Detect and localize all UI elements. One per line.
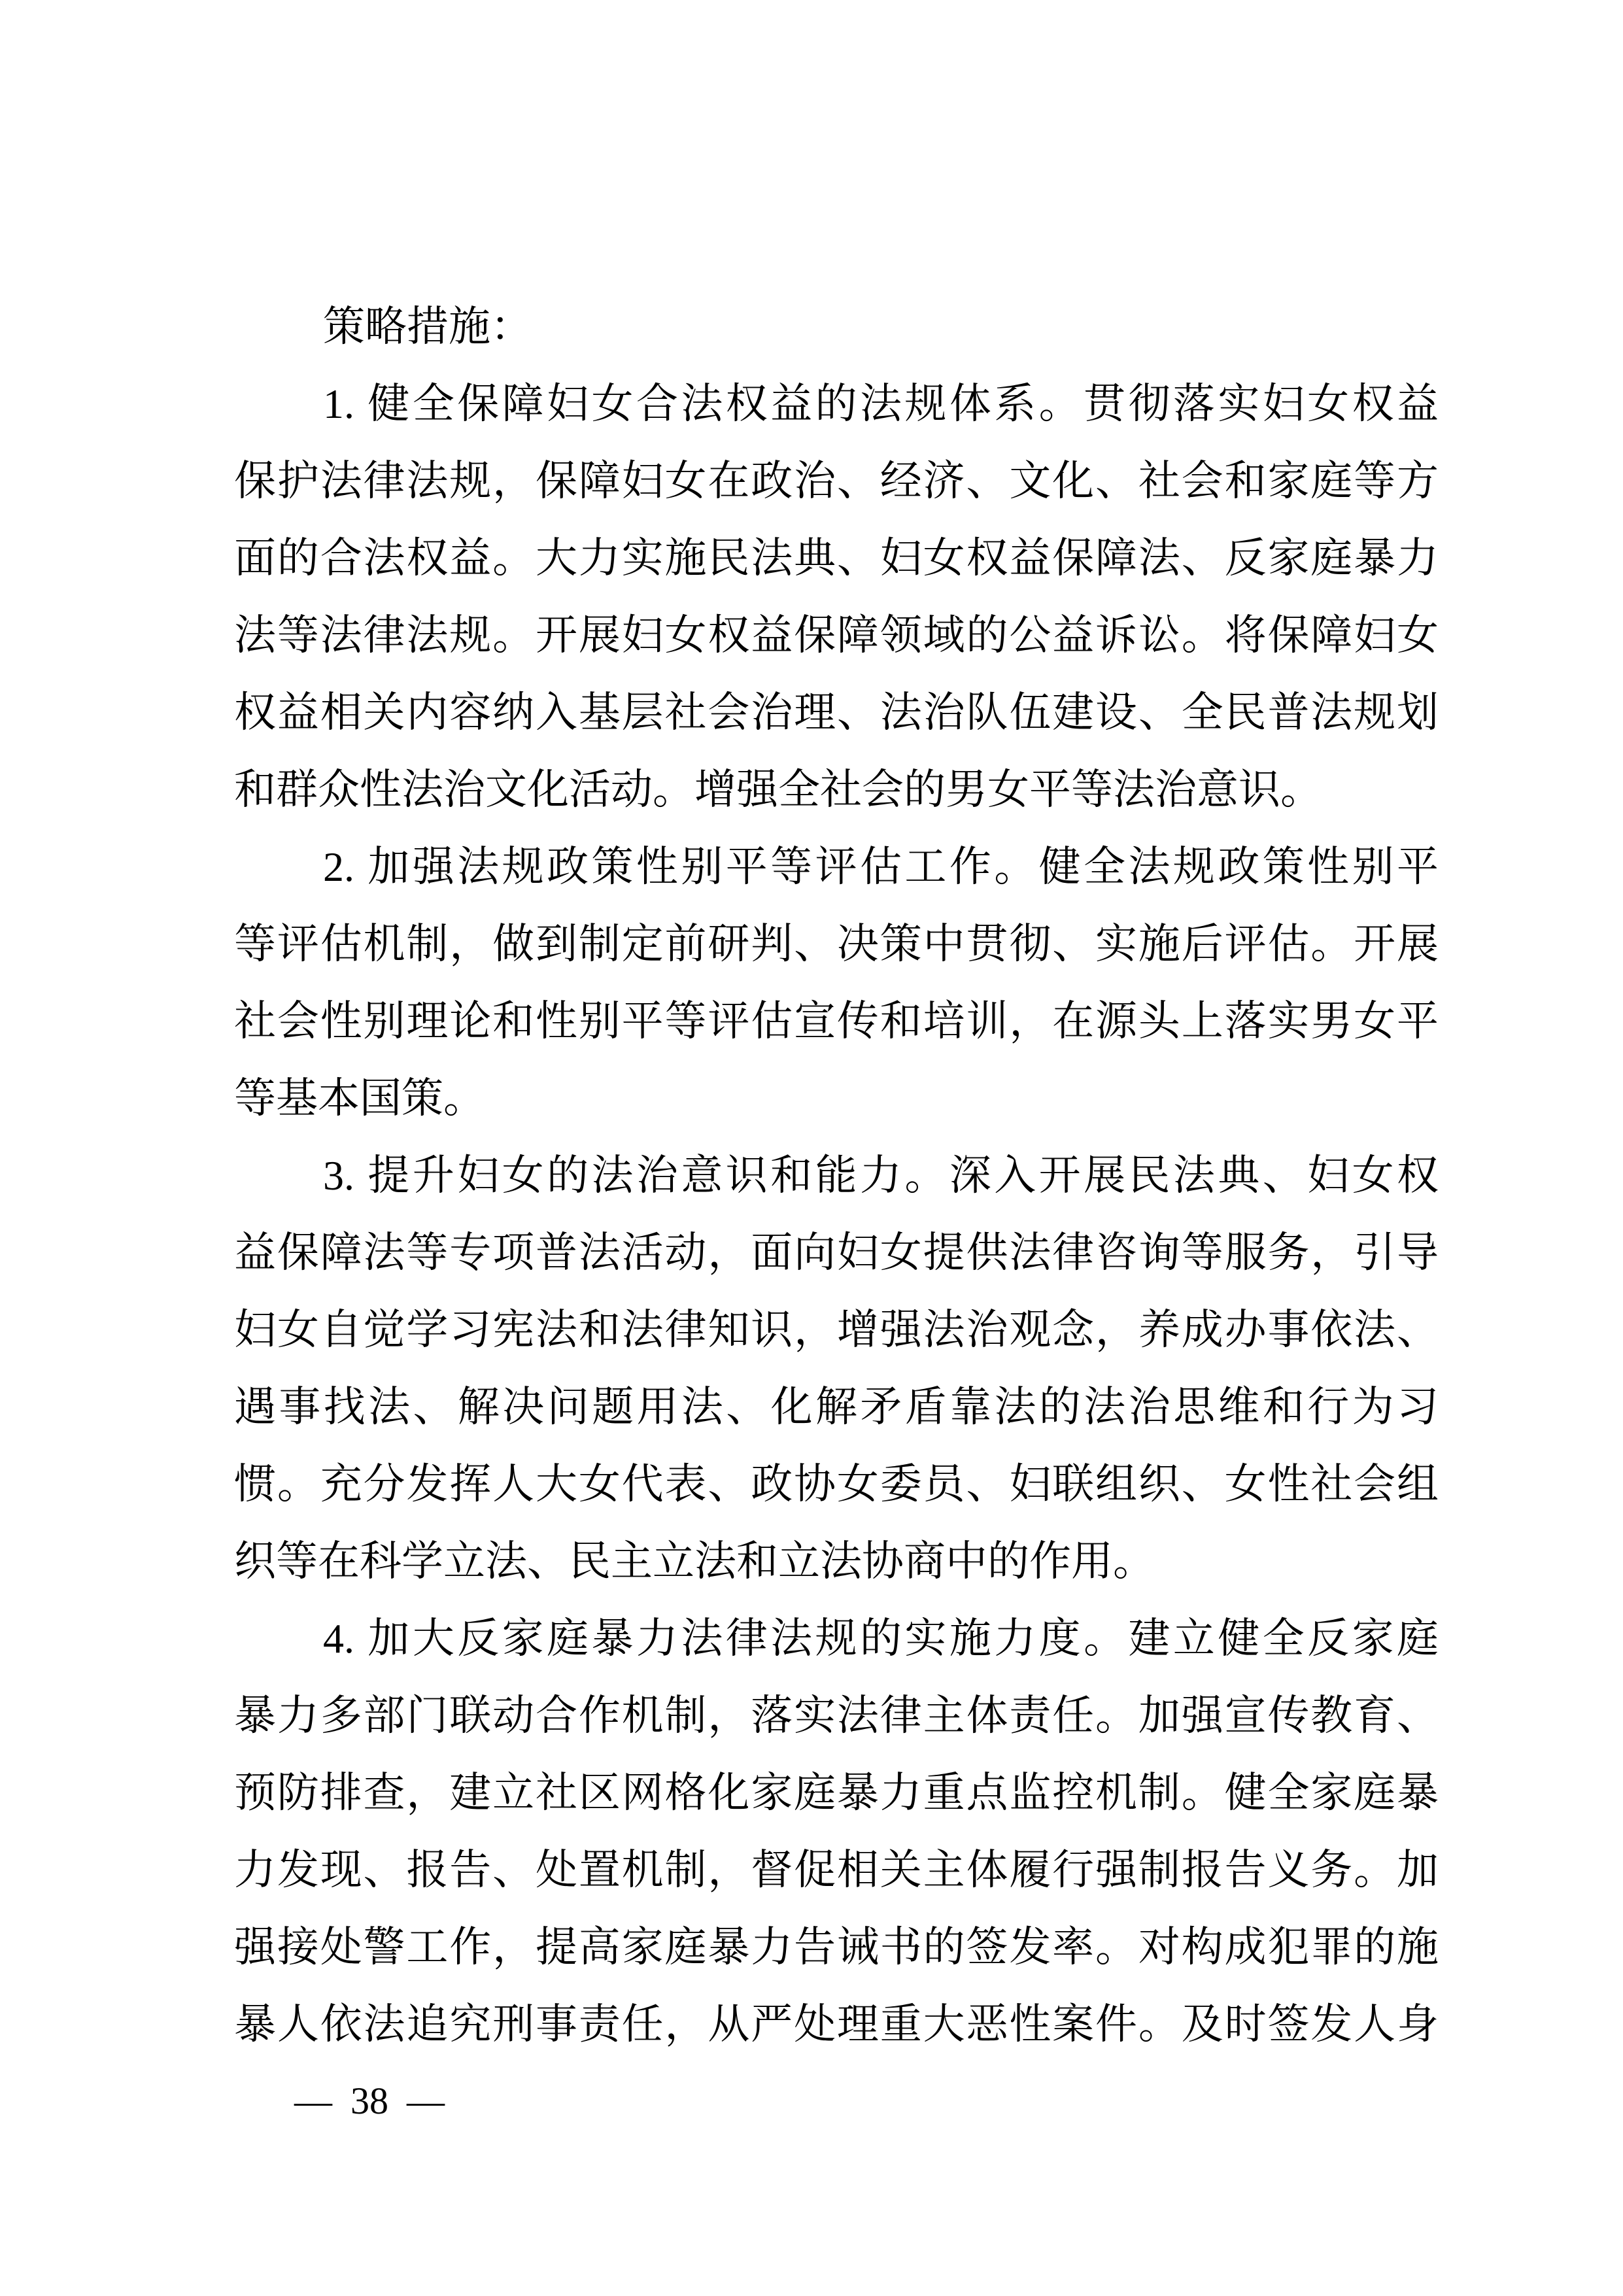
page-footer: —38— xyxy=(294,2078,445,2124)
text-line: 等基本国策。 xyxy=(234,1060,1439,1137)
text-line: 1. 健全保障妇女合法权益的法规体系。贯彻落实妇女权益 xyxy=(234,366,1439,443)
footer-dash-left: — xyxy=(294,2078,332,2124)
document-page: 策略措施：1. 健全保障妇女合法权益的法规体系。贯彻落实妇女权益保护法律法规，保… xyxy=(0,0,1623,2296)
text-line: 力发现、报告、处置机制，督促相关主体履行强制报告义务。加 xyxy=(234,1832,1439,1909)
text-line: 4. 加大反家庭暴力法律法规的实施力度。建立健全反家庭 xyxy=(234,1600,1439,1677)
text-line: 益保障法等专项普法活动，面向妇女提供法律咨询等服务，引导 xyxy=(234,1214,1439,1292)
text-line: 遇事找法、解决问题用法、化解矛盾靠法的法治思维和行为习 xyxy=(234,1369,1439,1446)
text-line: 织等在科学立法、民主立法和立法协商中的作用。 xyxy=(234,1523,1439,1600)
page-number: 38 xyxy=(350,2078,388,2124)
text-line: 保护法律法规，保障妇女在政治、经济、文化、社会和家庭等方 xyxy=(234,443,1439,520)
text-line: 暴力多部门联动合作机制，落实法律主体责任。加强宣传教育、 xyxy=(234,1677,1439,1755)
text-line: 妇女自觉学习宪法和法律知识，增强法治观念，养成办事依法、 xyxy=(234,1292,1439,1369)
text-line: 权益相关内容纳入基层社会治理、法治队伍建设、全民普法规划 xyxy=(234,674,1439,751)
footer-dash-right: — xyxy=(407,2078,445,2124)
text-line: 社会性别理论和性别平等评估宣传和培训，在源头上落实男女平 xyxy=(234,983,1439,1060)
text-line: 面的合法权益。大力实施民法典、妇女权益保障法、反家庭暴力 xyxy=(234,520,1439,597)
text-line: 暴人依法追究刑事责任，从严处理重大恶性案件。及时签发人身 xyxy=(234,1986,1439,2063)
text-line: 强接处警工作，提高家庭暴力告诫书的签发率。对构成犯罪的施 xyxy=(234,1909,1439,1986)
text-line: 2. 加强法规政策性别平等评估工作。健全法规政策性别平 xyxy=(234,829,1439,906)
text-line: 惯。充分发挥人大女代表、政协女委员、妇联组织、女性社会组 xyxy=(234,1446,1439,1523)
body-text: 策略措施：1. 健全保障妇女合法权益的法规体系。贯彻落实妇女权益保护法律法规，保… xyxy=(234,288,1439,2063)
text-line: 等评估机制，做到制定前研判、决策中贯彻、实施后评估。开展 xyxy=(234,906,1439,983)
text-line: 3. 提升妇女的法治意识和能力。深入开展民法典、妇女权 xyxy=(234,1137,1439,1214)
text-line: 预防排查，建立社区网格化家庭暴力重点监控机制。健全家庭暴 xyxy=(234,1755,1439,1832)
text-line: 和群众性法治文化活动。增强全社会的男女平等法治意识。 xyxy=(234,751,1439,829)
text-line: 法等法律法规。开展妇女权益保障领域的公益诉讼。将保障妇女 xyxy=(234,597,1439,674)
text-line: 策略措施： xyxy=(234,288,1439,366)
